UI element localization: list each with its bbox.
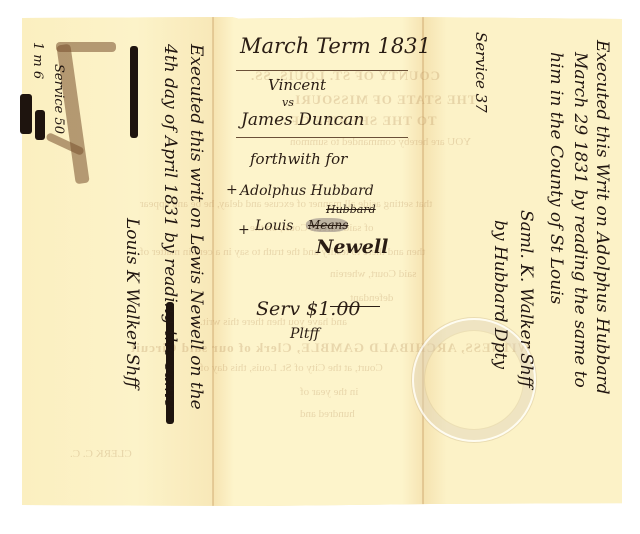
right-service-note: Service 37 <box>472 32 490 113</box>
defendant-name: James Duncan <box>241 110 364 130</box>
divider-rule <box>236 137 408 138</box>
bleed-line: hundred and <box>300 408 355 420</box>
left-service-note-2: 1 m 6 <box>30 42 45 79</box>
right-return-line-1: Executed this Writ on Adolphus Hubbard <box>592 40 612 395</box>
fold-line-right <box>422 17 424 506</box>
bleed-line: that setting aside all manner of excuse … <box>140 198 432 210</box>
left-sheriff-signature: Louis K Walker Shff <box>122 218 142 388</box>
fold-line-left <box>212 17 214 506</box>
brown-ink-stroke <box>56 42 116 52</box>
plaintiff-name: Vincent <box>268 76 326 94</box>
party-1-name: Adolphus Hubbard <box>240 183 374 199</box>
bleed-line: CLERK C. C. <box>70 448 132 460</box>
bleed-line: in the year of <box>300 386 358 398</box>
right-deputy-signature: by Hubbard Dpty <box>490 220 510 369</box>
versus-label: vs <box>282 96 294 109</box>
bleed-line: said Court, wherein <box>330 268 416 280</box>
party-2-first-name: Louis <box>255 218 293 234</box>
right-return-line-2: March 29 1831 by reading the same to <box>570 52 590 388</box>
ink-blot <box>20 94 32 134</box>
fee-note: Pltff <box>290 326 319 342</box>
struck-name: Means <box>308 218 348 232</box>
strike-bar <box>130 46 138 138</box>
left-service-note: Service 50 <box>51 64 66 134</box>
party-2-last-name: Newell <box>316 236 388 258</box>
right-return-line-3: him in the County of St Louis <box>546 52 566 304</box>
bleed-line: Court, at the City of St. Louis, this da… <box>200 362 383 374</box>
ink-blot <box>35 110 45 140</box>
writ-type: forthwith for <box>250 150 347 168</box>
bleed-line: THE STATE OF MISSOURI, <box>290 92 476 108</box>
right-sheriff-signature: Saml. K. Walker Shff <box>516 210 536 388</box>
left-return-line-1: Executed this writ on Lewis Newell on th… <box>186 44 206 410</box>
struck-name: Hubbard <box>326 203 376 216</box>
divider-rule <box>236 70 408 71</box>
service-fee: Serv $1.00 <box>256 298 361 320</box>
left-return-line-2: 4th day of April 1831 by reading the sam… <box>160 44 180 408</box>
fee-underline <box>330 306 380 307</box>
party-mark: + <box>226 182 238 198</box>
party-mark: + <box>238 222 250 238</box>
term-heading: March Term 1831 <box>240 34 431 58</box>
